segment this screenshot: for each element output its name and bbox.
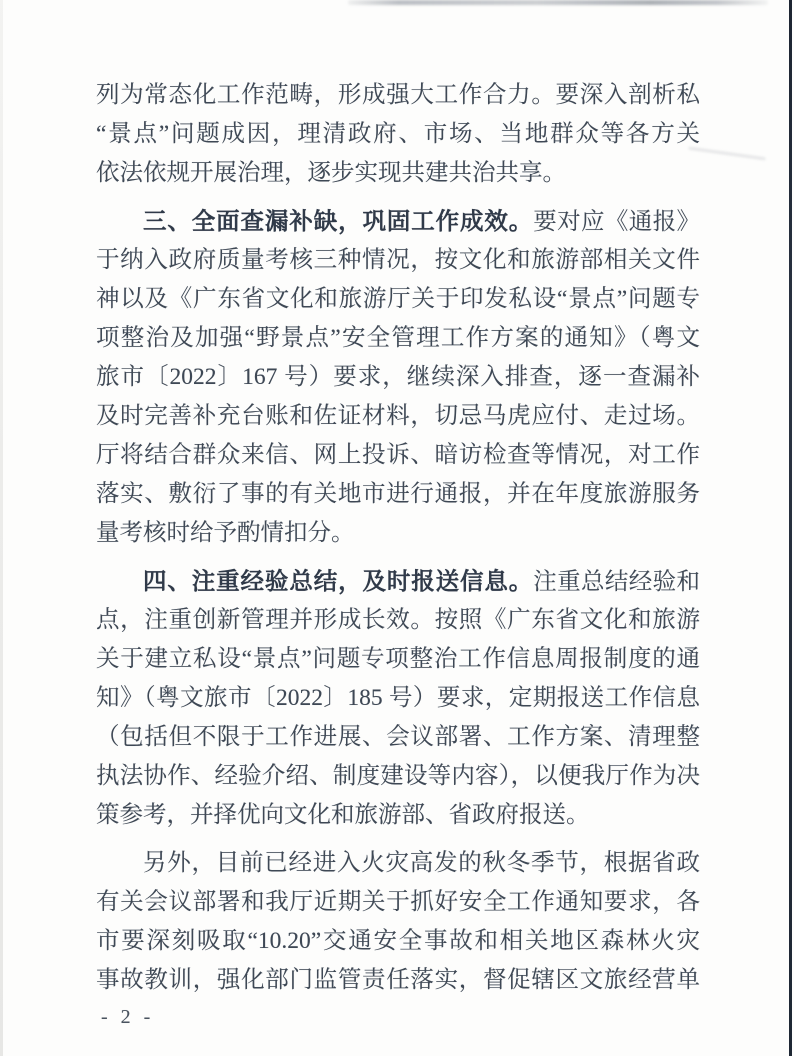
text-line: 市要深刻吸取“10.20”交通安全事故和相关地区森林火灾 [96,922,700,961]
paragraph-closing: 另外，目前已经进入火灾高发的秋冬季节，根据省政府 有关会议部署和我厅近期关于抓好… [96,844,700,1000]
text-line: 厅将结合群众来信、网上投诉、暗访检查等情况，对工作不 [96,436,700,475]
document-body: 列为常态化工作范畴，形成强大工作合力。要深入剖析私设 “景点”问题成因，理清政府… [96,76,700,1000]
text-line: 及时完善补充台账和佐证材料，切忌马虎应付、走过场。我 [96,397,700,436]
section-3-heading: 三、全面查漏补缺，巩固工作成效。 [143,208,533,234]
scan-right-edge-line [789,0,792,1056]
text-line: “景点”问题成因，理清政府、市场、当地群众等各方关系， [96,115,700,154]
text-line: 四、注重经验总结，及时报送信息。注重总结经验和亮 [96,562,700,601]
text-line: 依法依规开展治理，逐步实现共建共治共享。 [96,154,700,193]
text-line: 神以及《广东省文化和旅游厅关于印发私设“景点”问题专 [96,280,700,319]
scan-top-smudge-artifact [348,0,768,5]
text-line: 执法协作、经验介绍、制度建设等内容），以便我厅作为决 [96,757,700,796]
text-line: 旅市〔2022〕167 号）要求，继续深入排查，逐一查漏补缺， [96,358,700,397]
paragraph-continuation: 列为常态化工作范畴，形成强大工作合力。要深入剖析私设 “景点”问题成因，理清政府… [96,76,700,193]
paragraph-section-4: 四、注重经验总结，及时报送信息。注重总结经验和亮 点，注重创新管理并形成长效。按… [96,562,700,835]
text-line: 事故教训，强化部门监管责任落实，督促辖区文旅经营单位 [96,961,700,1000]
text-line: 另外，目前已经进入火灾高发的秋冬季节，根据省政府 [96,844,700,883]
text-line: 关于建立私设“景点”问题专项整治工作信息周报制度的通 [96,640,700,679]
text-line: 列为常态化工作范畴，形成强大工作合力。要深入剖析私设 [96,76,700,115]
text-line: 量考核时给予酌情扣分。 [96,514,700,553]
paragraph-section-3: 三、全面查漏补缺，巩固工作成效。要对应《通报》关 于纳入政府质量考核三种情况，按… [96,202,700,553]
page-number: - 2 - [101,1006,154,1029]
text-line: 于纳入政府质量考核三种情况，按文化和旅游部相关文件精 [96,241,700,280]
text-line: 落实、敷衍了事的有关地市进行通报，并在年度旅游服务质 [96,475,700,514]
section-4-heading: 四、注重经验总结，及时报送信息。 [143,568,533,594]
text-line: 知》（粤文旅市〔2022〕185 号）要求，定期报送工作信息 [96,679,700,718]
text-line: 策参考，并择优向文化和旅游部、省政府报送。 [96,796,700,835]
text-line: 点，注重创新管理并形成长效。按照《广东省文化和旅游厅 [96,601,700,640]
text-line: 有关会议部署和我厅近期关于抓好安全工作通知要求，各地 [96,883,700,922]
scan-left-edge-artifact [0,0,3,1056]
scanned-document-page: 列为常态化工作范畴，形成强大工作合力。要深入剖析私设 “景点”问题成因，理清政府… [0,0,794,1056]
text-line: 三、全面查漏补缺，巩固工作成效。要对应《通报》关 [96,202,700,241]
text-line: （包括但不限于工作进展、会议部署、工作方案、清理整治、 [96,718,700,757]
text-line: 项整治及加强“野景点”安全管理工作方案的通知》（粤文 [96,319,700,358]
